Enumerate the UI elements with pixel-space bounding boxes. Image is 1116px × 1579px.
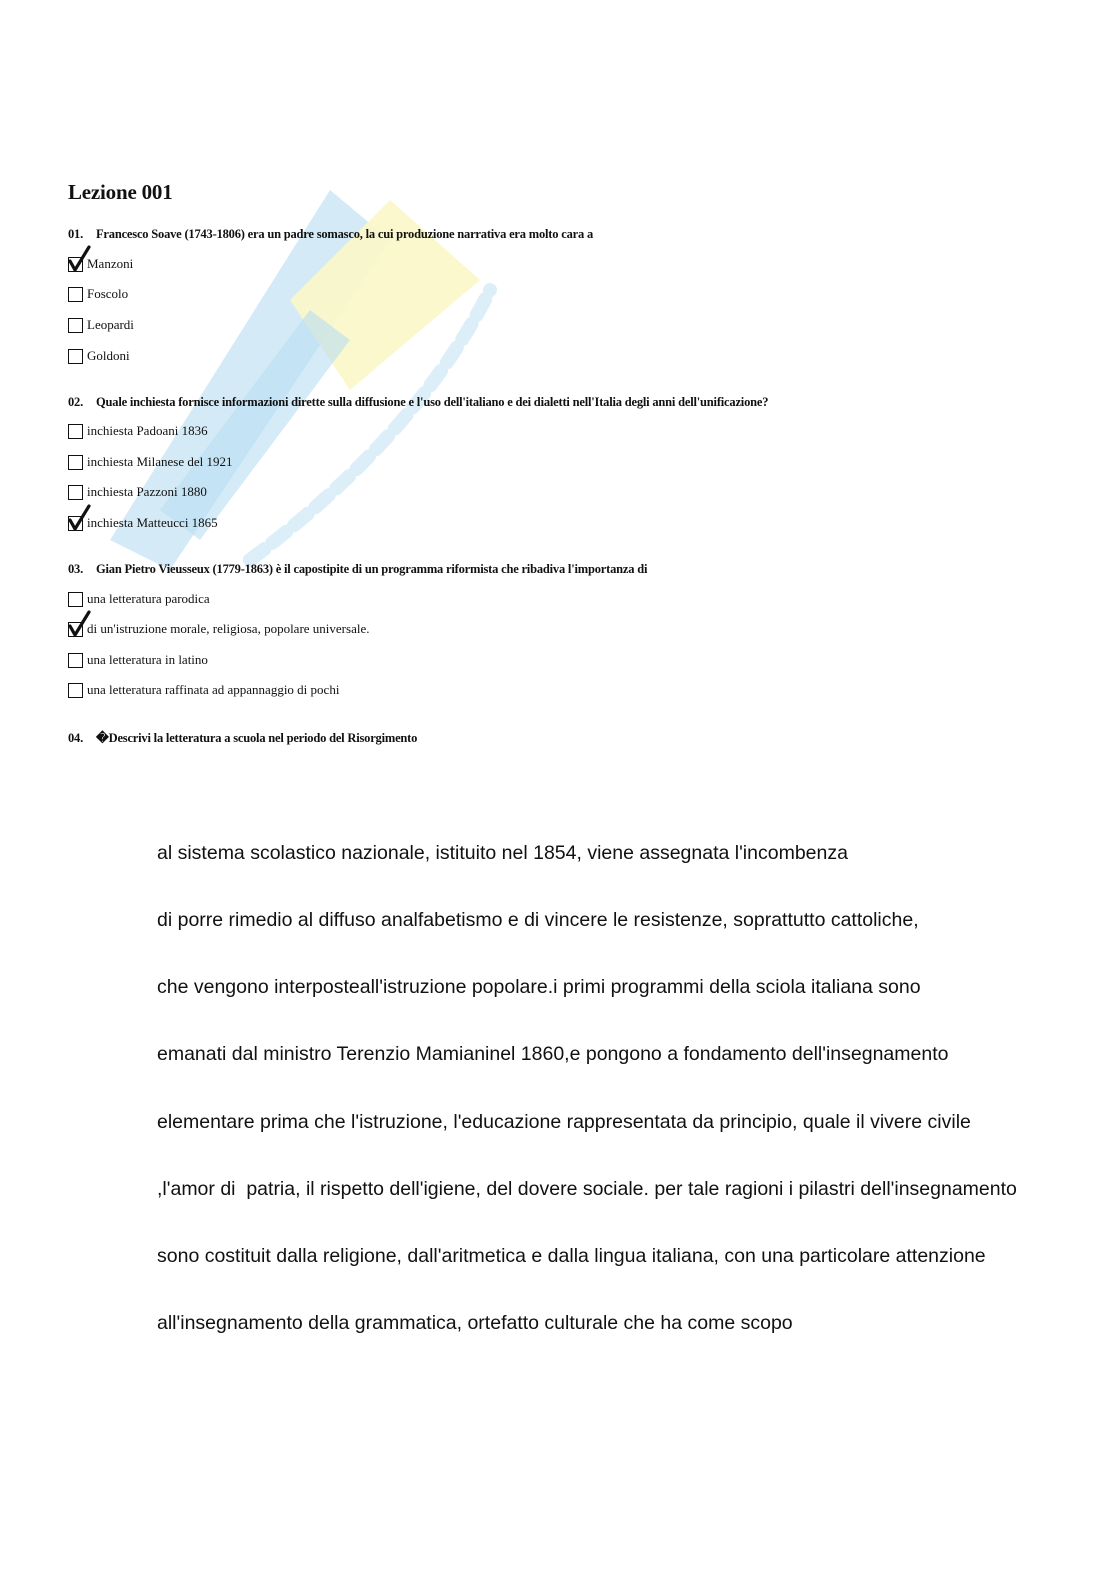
option-raffinata[interactable]: una letteratura raffinata ad appannaggio… — [68, 681, 339, 699]
checkbox[interactable] — [68, 287, 83, 302]
answer-line: ,l'amor di patria, il rispetto dell'igie… — [157, 1178, 1017, 1200]
option-matteucci[interactable]: inchiesta Matteucci 1865 — [68, 514, 218, 532]
answer-line: elementare prima che l'istruzione, l'edu… — [157, 1111, 1017, 1133]
page-title: Lezione 001 — [68, 180, 173, 205]
checkbox[interactable] — [68, 683, 83, 698]
answer-line: sono costituit dalla religione, dall'ari… — [157, 1245, 1017, 1267]
checkbox-checked[interactable] — [68, 622, 83, 637]
option-label: una letteratura raffinata ad appannaggio… — [87, 682, 339, 698]
option-label: una letteratura parodica — [87, 591, 210, 607]
option-label: Goldoni — [87, 348, 130, 364]
checkbox[interactable] — [68, 592, 83, 607]
option-label: di un'istruzione morale, religiosa, popo… — [87, 621, 369, 637]
checkmark-icon — [67, 244, 93, 274]
question-04: 04.�Descrivi la letteratura a scuola nel… — [68, 730, 417, 746]
checkbox[interactable] — [68, 485, 83, 500]
question-number: 02. — [68, 395, 96, 410]
checkbox-checked[interactable] — [68, 516, 83, 531]
question-02: 02.Quale inchiesta fornisce informazioni… — [68, 395, 768, 410]
option-manzoni[interactable]: Manzoni — [68, 255, 133, 273]
option-label: inchiesta Pazzoni 1880 — [87, 484, 207, 500]
option-label: inchiesta Matteucci 1865 — [87, 515, 218, 531]
question-number: 01. — [68, 227, 96, 242]
option-label: inchiesta Milanese del 1921 — [87, 454, 233, 470]
question-number: 03. — [68, 562, 96, 577]
question-text: Gian Pietro Vieusseux (1779-1863) è il c… — [96, 562, 647, 576]
option-parodica[interactable]: una letteratura parodica — [68, 590, 210, 608]
checkmark-icon — [67, 609, 93, 639]
answer-text: al sistema scolastico nazionale, istitui… — [157, 797, 1017, 1357]
question-number: 04. — [68, 731, 96, 746]
checkbox-checked[interactable] — [68, 257, 83, 272]
question-text: Francesco Soave (1743-1806) era un padre… — [96, 227, 593, 241]
option-foscolo[interactable]: Foscolo — [68, 285, 128, 303]
checkbox[interactable] — [68, 653, 83, 668]
checkbox[interactable] — [68, 349, 83, 364]
question-01: 01.Francesco Soave (1743-1806) era un pa… — [68, 227, 593, 242]
question-text: �Descrivi la letteratura a scuola nel pe… — [96, 731, 417, 745]
option-label: Foscolo — [87, 286, 128, 302]
checkbox[interactable] — [68, 318, 83, 333]
answer-line: all'insegnamento della grammatica, ortef… — [157, 1312, 1017, 1334]
option-milanese[interactable]: inchiesta Milanese del 1921 — [68, 453, 233, 471]
option-padoani[interactable]: inchiesta Padoani 1836 — [68, 422, 208, 440]
answer-line: di porre rimedio al diffuso analfabetism… — [157, 909, 1017, 931]
question-text: Quale inchiesta fornisce informazioni di… — [96, 395, 768, 409]
option-goldoni[interactable]: Goldoni — [68, 347, 130, 365]
option-label: una letteratura in latino — [87, 652, 208, 668]
option-latino[interactable]: una letteratura in latino — [68, 651, 208, 669]
option-pazzoni[interactable]: inchiesta Pazzoni 1880 — [68, 483, 207, 501]
checkmark-icon — [67, 503, 93, 533]
checkbox[interactable] — [68, 455, 83, 470]
option-istruzione[interactable]: di un'istruzione morale, religiosa, popo… — [68, 620, 369, 638]
option-label: inchiesta Padoani 1836 — [87, 423, 208, 439]
option-leopardi[interactable]: Leopardi — [68, 316, 134, 334]
answer-line: che vengono interposteall'istruzione pop… — [157, 976, 1017, 998]
question-03: 03.Gian Pietro Vieusseux (1779-1863) è i… — [68, 562, 647, 577]
answer-line: al sistema scolastico nazionale, istitui… — [157, 842, 1017, 864]
option-label: Manzoni — [87, 256, 133, 272]
checkbox[interactable] — [68, 424, 83, 439]
answer-line: emanati dal ministro Terenzio Mamianinel… — [157, 1043, 1017, 1065]
option-label: Leopardi — [87, 317, 134, 333]
